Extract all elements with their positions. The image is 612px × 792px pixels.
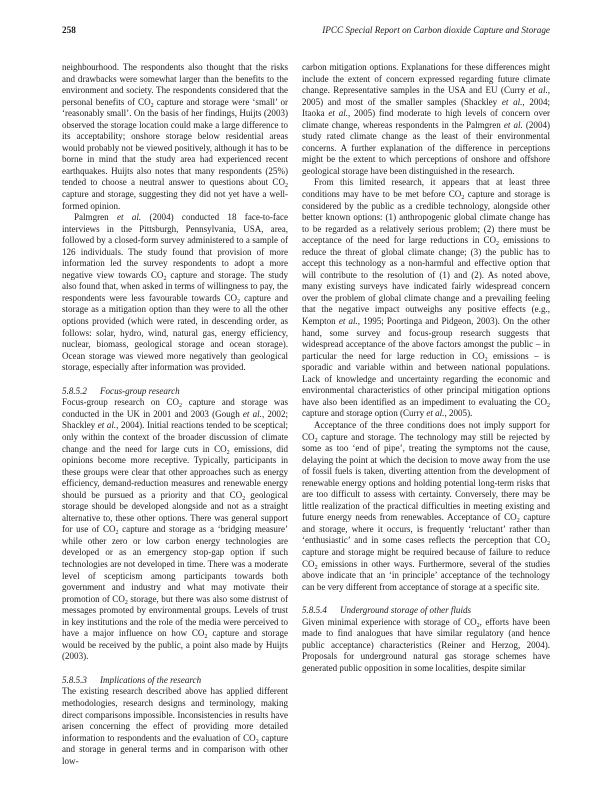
paragraph: Acceptance of the three conditions does …	[302, 420, 550, 593]
page-number: 258	[62, 25, 76, 35]
paragraph: Palmgren et al. (2004) conducted 18 face…	[62, 212, 288, 374]
paragraph: carbon mitigation options. Explanations …	[302, 62, 550, 177]
section-number: 5.8.5.2	[62, 386, 100, 398]
paragraph: The existing research described above ha…	[62, 686, 288, 767]
section-number: 5.8.5.3	[62, 675, 100, 687]
section-title: Implications of the research	[100, 675, 201, 685]
section-title: Underground storage of other fluids	[340, 605, 471, 615]
paragraph: Focus-group research on CO2 capture and …	[62, 397, 288, 663]
right-column: carbon mitigation options. Explanations …	[302, 62, 550, 674]
section-heading-5853: 5.8.5.3Implications of the research	[62, 675, 288, 687]
page-header: 258 IPCC Special Report on Carbon dioxid…	[62, 25, 550, 39]
section-heading-5854: 5.8.5.4Underground storage of other flui…	[302, 605, 550, 617]
paragraph: Given minimal experience with storage of…	[302, 617, 550, 675]
section-number: 5.8.5.4	[302, 605, 340, 617]
section-title: Focus-group research	[100, 386, 180, 396]
section-heading-5852: 5.8.5.2Focus-group research	[62, 386, 288, 398]
paragraph: From this limited research, it appears t…	[302, 177, 550, 419]
paragraph: neighbourhood. The respondents also thou…	[62, 62, 288, 212]
left-column: neighbourhood. The respondents also thou…	[62, 62, 288, 767]
running-title: IPCC Special Report on Carbon dioxide Ca…	[322, 25, 550, 35]
